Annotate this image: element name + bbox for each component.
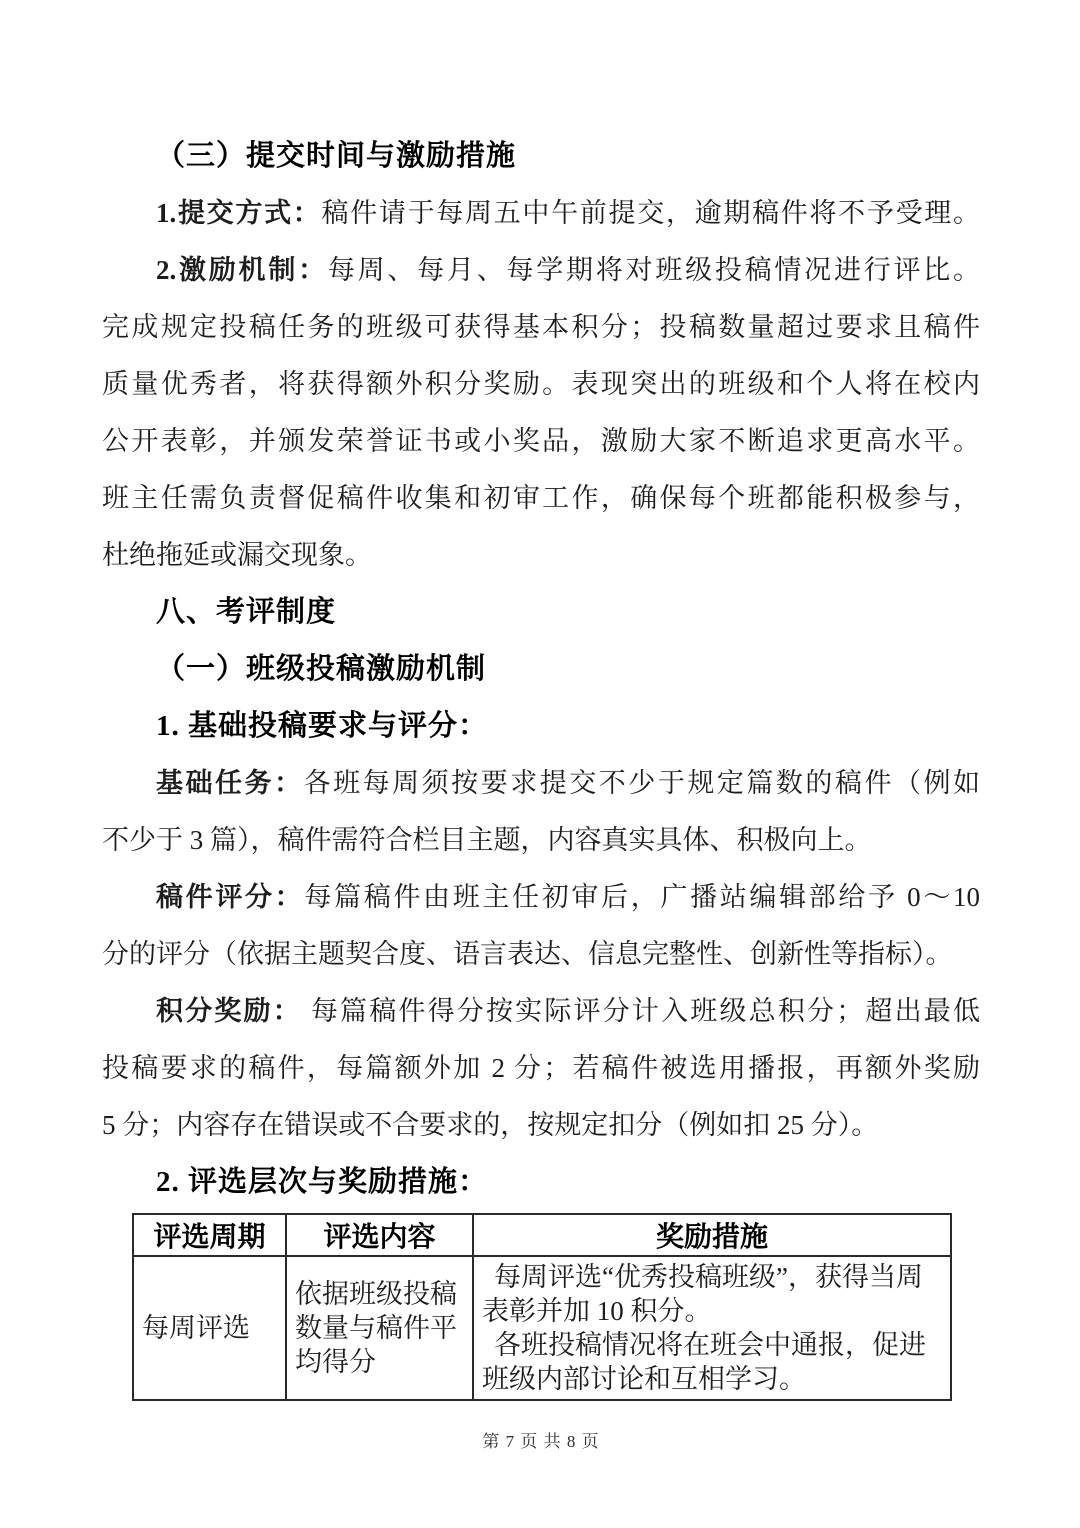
table-header-basis: 评选内容 <box>286 1214 473 1256</box>
text-line: 完成规定投稿任务的班级可获得基本积分；投稿数量超过要求且稿件 <box>102 299 980 356</box>
text-line: 班主任需负责督促稿件收集和初审工作，确保每个班都能积极参与， <box>102 470 980 527</box>
reward-paragraph: 每周评选“优秀投稿班级”，获得当周表彰并加 10 积分。 <box>482 1260 942 1328</box>
text-line: 分的评分（依据主题契合度、语言表达、信息完整性、创新性等指标）。 <box>102 926 980 983</box>
text-line: 基础任务：各班每周须按要求提交不少于规定篇数的稿件（例如 <box>102 755 980 812</box>
lead-label: 积分奖励： <box>156 996 302 1026</box>
lead-label: 2.激励机制： <box>156 255 328 285</box>
text-line: 5 分；内容存在错误或不合要求的，按规定扣分（例如扣 25 分）。 <box>102 1097 980 1154</box>
lead-label: 基础任务： <box>156 768 304 798</box>
evaluation-table: 评选周期 评选内容 奖励措施 每周评选 依据班级投稿数量与稿件平均得分 每周评选… <box>132 1213 952 1401</box>
text-segment: 每篇稿件得分按实际评分计入班级总积分；超出最低 <box>302 996 980 1026</box>
text-segment: 每周、每月、每学期将对班级投稿情况进行评比。 <box>328 255 980 285</box>
cell-basis: 依据班级投稿数量与稿件平均得分 <box>286 1256 473 1400</box>
text-segment: 班主任需负责督促稿件收集和初审工作，确保每个班都能积极参与， <box>102 483 980 513</box>
text-segment: 分的评分（依据主题契合度、语言表达、信息完整性、创新性等指标）。 <box>102 939 953 969</box>
text-line: 2.激励机制：每周、每月、每学期将对班级投稿情况进行评比。 <box>102 242 980 299</box>
text-line: 质量优秀者，将获得额外积分奖励。表现突出的班级和个人将在校内 <box>102 356 980 413</box>
section-heading: （三）提交时间与激励措施 <box>102 128 980 185</box>
text-segment: 质量优秀者，将获得额外积分奖励。表现突出的班级和个人将在校内 <box>102 369 980 399</box>
text-segment: 投稿要求的稿件，每篇额外加 2 分；若稿件被选用播报，再额外奖励 <box>102 1053 980 1083</box>
text-line: 投稿要求的稿件，每篇额外加 2 分；若稿件被选用播报，再额外奖励 <box>102 1040 980 1097</box>
text-line: 积分奖励： 每篇稿件得分按实际评分计入班级总积分；超出最低 <box>102 983 980 1040</box>
text-segment: 公开表彰，并颁发荣誉证书或小奖品，激励大家不断追求更高水平。 <box>102 426 980 456</box>
text-line: 杜绝拖延或漏交现象。 <box>102 527 980 584</box>
text-segment: 每篇稿件由班主任初审后，广播站编辑部给予 0～10 <box>304 882 980 912</box>
section-heading: 1. 基础投稿要求与评分： <box>102 698 980 755</box>
table-row: 每周评选 依据班级投稿数量与稿件平均得分 每周评选“优秀投稿班级”，获得当周表彰… <box>133 1256 951 1400</box>
cell-reward: 每周评选“优秀投稿班级”，获得当周表彰并加 10 积分。 各班投稿情况将在班会中… <box>473 1256 951 1400</box>
text-line: 1.提交方式：稿件请于每周五中午前提交，逾期稿件将不予受理。 <box>102 185 980 242</box>
document-page: （三）提交时间与激励措施1.提交方式：稿件请于每周五中午前提交，逾期稿件将不予受… <box>0 0 1080 1528</box>
section-heading: 八、考评制度 <box>102 584 980 641</box>
text-segment: 完成规定投稿任务的班级可获得基本积分；投稿数量超过要求且稿件 <box>102 312 980 342</box>
text-segment: 5 分；内容存在错误或不合要求的，按规定扣分（例如扣 25 分）。 <box>102 1110 878 1140</box>
text-line: 稿件评分：每篇稿件由班主任初审后，广播站编辑部给予 0～10 <box>102 869 980 926</box>
text-segment: 不少于 3 篇），稿件需符合栏目主题，内容真实具体、积极向上。 <box>102 825 872 855</box>
text-line: 不少于 3 篇），稿件需符合栏目主题，内容真实具体、积极向上。 <box>102 812 980 869</box>
table-header-cycle: 评选周期 <box>133 1214 286 1256</box>
lead-label: 稿件评分： <box>156 882 304 912</box>
text-block: （三）提交时间与激励措施1.提交方式：稿件请于每周五中午前提交，逾期稿件将不予受… <box>102 128 980 1211</box>
table-header-row: 评选周期 评选内容 奖励措施 <box>133 1214 951 1256</box>
text-line: 公开表彰，并颁发荣誉证书或小奖品，激励大家不断追求更高水平。 <box>102 413 980 470</box>
text-segment: 杜绝拖延或漏交现象。 <box>102 540 372 570</box>
table-header-reward: 奖励措施 <box>473 1214 951 1256</box>
lead-label: 1.提交方式： <box>156 198 321 228</box>
reward-paragraph: 各班投稿情况将在班会中通报，促进班级内部讨论和互相学习。 <box>482 1328 942 1396</box>
cell-cycle: 每周评选 <box>133 1256 286 1400</box>
text-segment: 各班每周须按要求提交不少于规定篇数的稿件（例如 <box>304 768 980 798</box>
document-body: （三）提交时间与激励措施1.提交方式：稿件请于每周五中午前提交，逾期稿件将不予受… <box>0 0 1080 1452</box>
text-segment: 稿件请于每周五中午前提交，逾期稿件将不予受理。 <box>321 198 980 228</box>
section-heading: （一）班级投稿激励机制 <box>102 641 980 698</box>
footer-page-number: 第 7 页 共 8 页 <box>102 1427 980 1452</box>
section-heading: 2. 评选层次与奖励措施： <box>102 1154 980 1211</box>
